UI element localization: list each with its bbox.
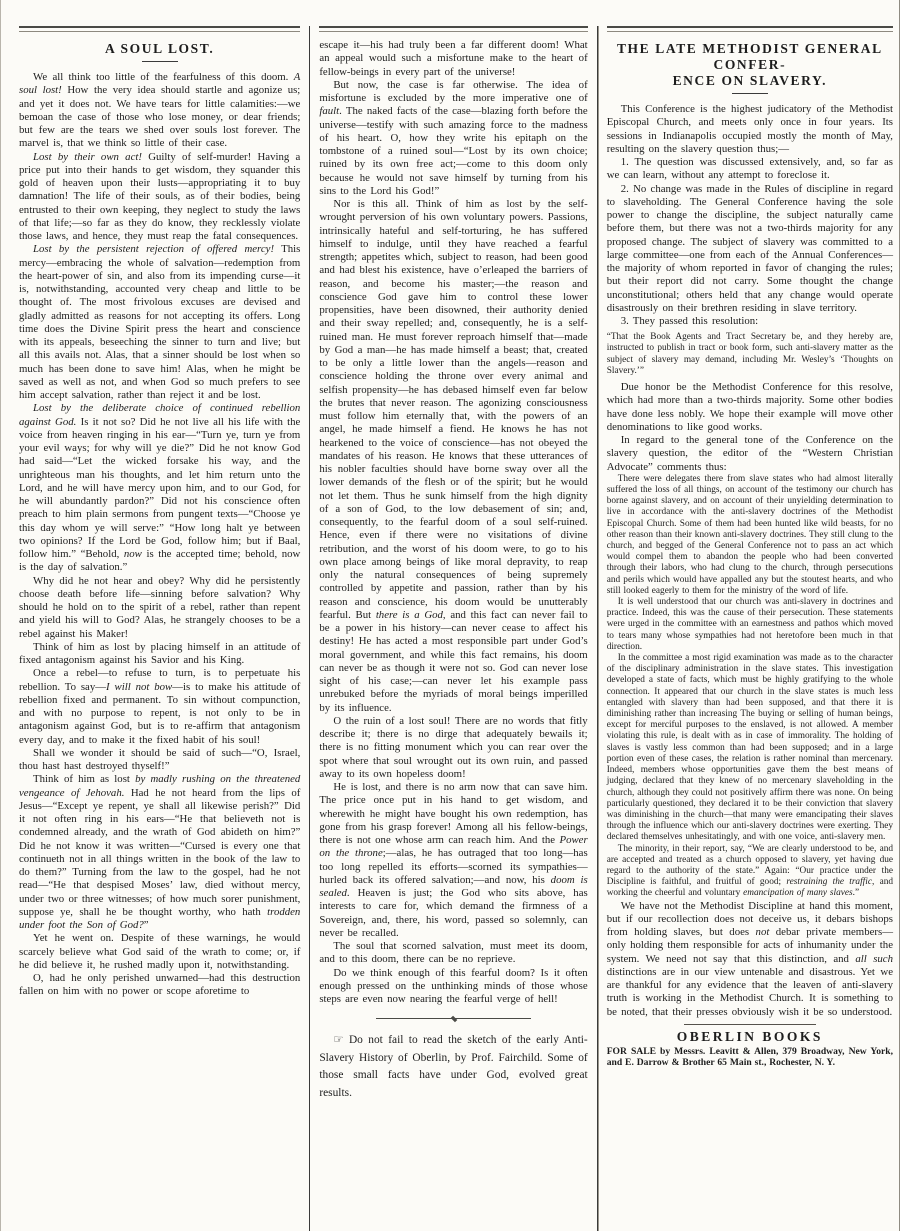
paragraph: Due honor be the Methodist Conference fo… <box>607 381 893 434</box>
paragraph: Yet he went on. Despite of these warning… <box>19 932 300 972</box>
paragraph: Nor is this all. Think of him as lost by… <box>319 198 587 715</box>
paragraph: We have not the Methodist Discipline at … <box>607 900 893 1019</box>
paragraph: O the ruin of a lost soul! There are no … <box>319 715 587 781</box>
heading-rule <box>142 61 178 62</box>
excerpt-paragraph: The minority, in their report, say, “We … <box>607 844 893 900</box>
paragraph: Think of him as lost by placing himself … <box>19 641 300 668</box>
heading-rule <box>732 93 768 94</box>
paragraph: O, had he only perished unwarned—had thi… <box>19 972 300 999</box>
article-title-methodist-conference: THE LATE METHODIST GENERAL CONFER- ENCE … <box>611 41 889 89</box>
column-top-rule <box>319 26 587 32</box>
resolution-quote: “That the Book Agents and Tract Secretar… <box>607 332 893 377</box>
paragraph: We all think too little of the fearfulne… <box>19 71 300 151</box>
paragraph: Shall we wonder it should be said of suc… <box>19 747 300 774</box>
article-body-left: We all think too little of the fearfulne… <box>19 71 300 999</box>
paragraph: Lost by the deliberate choice of continu… <box>19 402 300 574</box>
newspaper-page: A SOUL LOST. We all think too little of … <box>0 0 900 1231</box>
paragraph: 1. The question was discussed extensivel… <box>607 156 893 183</box>
paragraph: This Conference is the highest judicator… <box>607 103 893 156</box>
paragraph: Lost by their own act! Guilty of self-mu… <box>19 151 300 244</box>
paragraph: Lost by the persistent rejection of offe… <box>19 243 300 402</box>
paragraph: Why did he not hear and obey? Why did he… <box>19 575 300 641</box>
article-body-right: This Conference is the highest judicator… <box>607 103 893 1069</box>
column-top-rule <box>19 26 300 32</box>
section-divider <box>684 1024 816 1025</box>
paragraph: In regard to the general tone of the Con… <box>607 434 893 474</box>
books-address: FOR SALE by Messrs. Leavitt & Allen, 379… <box>607 1046 893 1069</box>
paragraph: But now, the case is far otherwise. The … <box>319 79 587 198</box>
section-divider <box>376 1018 532 1019</box>
paragraph: 2. No change was made in the Rules of di… <box>607 183 893 316</box>
excerpt-paragraph: There were delegates there from slave st… <box>607 474 893 597</box>
paragraph: Once a rebel—to refuse to turn, is to pe… <box>19 667 300 747</box>
column-continuation: escape it—his had truly been a far diffe… <box>310 26 597 1231</box>
paragraph: The soul that scorned salvation, must me… <box>319 940 587 967</box>
column-methodist-conference: THE LATE METHODIST GENERAL CONFER- ENCE … <box>598 26 893 1231</box>
article-body-middle: escape it—his had truly been a far diffe… <box>319 39 587 1102</box>
books-heading: OBERLIN BOOKS <box>607 1029 893 1045</box>
paragraph: escape it—his had truly been a far diffe… <box>319 39 587 79</box>
excerpt-paragraph: It is well understood that our church wa… <box>607 597 893 653</box>
excerpt-paragraph: In the committee a most rigid examinatio… <box>607 653 893 843</box>
article-title-a-soul-lost: A SOUL LOST. <box>23 41 296 57</box>
column-top-rule <box>607 26 893 32</box>
paragraph: Think of him as lost by madly rushing on… <box>19 773 300 932</box>
paragraph: He is lost, and there is no arm now that… <box>319 781 587 940</box>
column-soul-lost: A SOUL LOST. We all think too little of … <box>19 26 310 1231</box>
paragraph: 3. They passed this resolution: <box>607 315 893 328</box>
notice-paragraph: ☞ Do not fail to read the sketch of the … <box>319 1032 587 1102</box>
paragraph: Do we think enough of this fearful doom?… <box>319 967 587 1007</box>
